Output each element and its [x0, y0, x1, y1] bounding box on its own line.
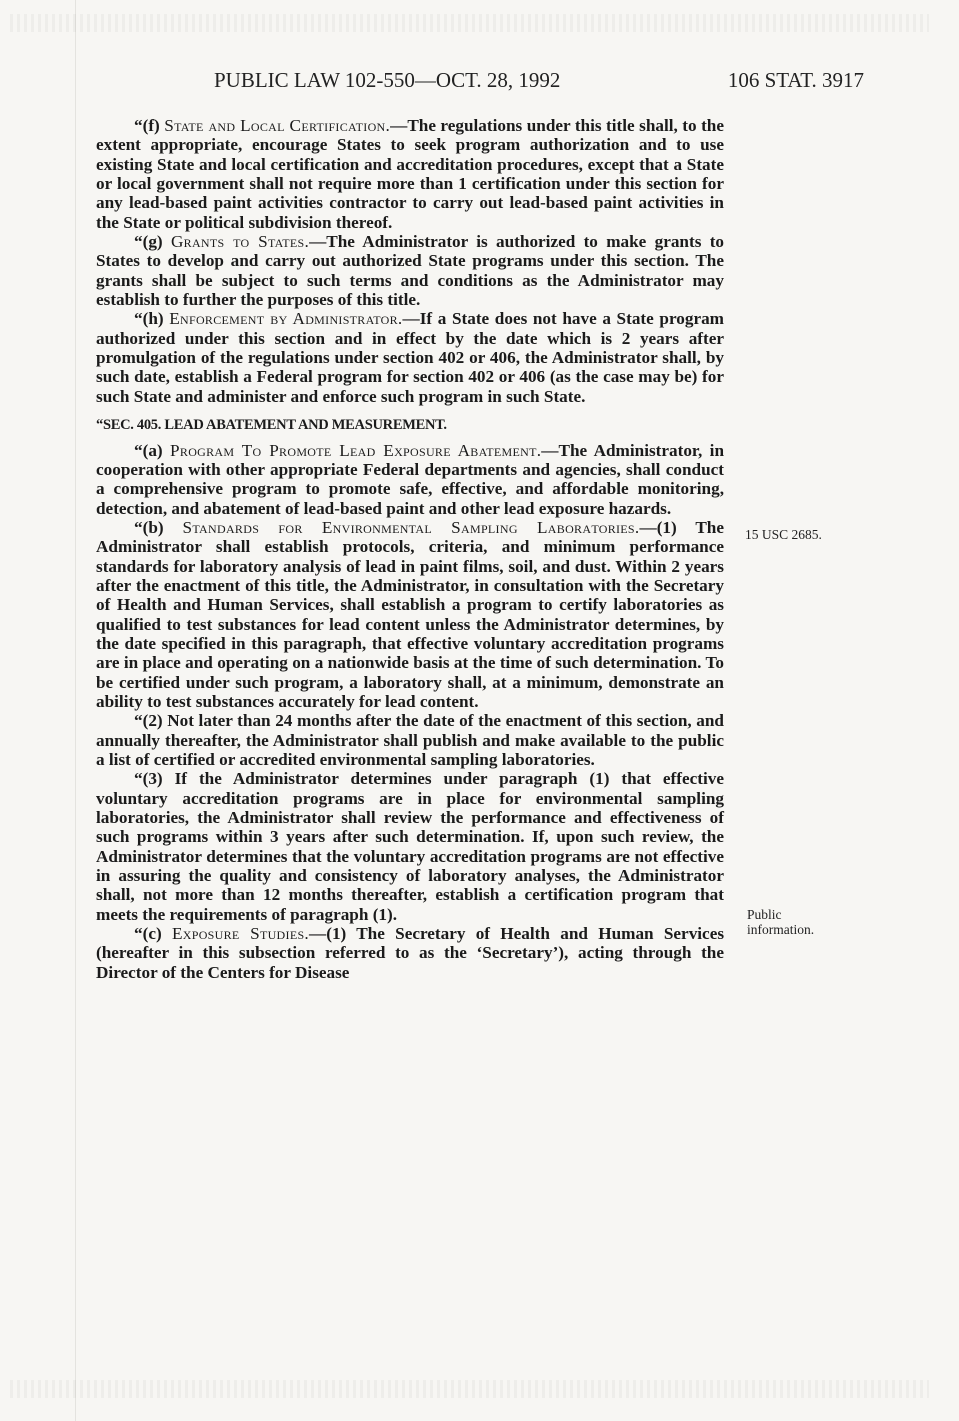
bleed-through-bottom: [10, 1380, 929, 1398]
stat-reference: 106 STAT. 3917: [728, 68, 864, 93]
heading-standards-labs: Standards for Environmental Sampling Lab…: [183, 518, 640, 537]
paragraph-g: “(g) Grants to States.—The Administrator…: [96, 232, 724, 309]
statute-body: “(f) State and Local Certification.—The …: [96, 116, 724, 982]
heading-enforcement: Enforcement by Administrator.: [169, 309, 402, 328]
margin-note-usc: 15 USC 2685.: [745, 527, 822, 542]
paragraph-a: “(a) Program To Promote Lead Exposure Ab…: [96, 441, 724, 518]
margin-note-public-information: Public information.: [747, 907, 837, 937]
paragraph-b: “(b) Standards for Environmental Samplin…: [96, 518, 724, 711]
heading-state-local-certification: State and Local Certification.: [164, 116, 390, 135]
paragraph-c: “(c) Exposure Studies.—(1) The Secretary…: [96, 924, 724, 982]
bleed-through-top: [10, 14, 929, 32]
page-gutter-line: [75, 0, 76, 1421]
paragraph-b2: “(2) Not later than 24 months after the …: [96, 711, 724, 769]
paragraph-h: “(h) Enforcement by Administrator.—If a …: [96, 309, 724, 406]
paragraph-f: “(f) State and Local Certification.—The …: [96, 116, 724, 232]
law-title: PUBLIC LAW 102-550—OCT. 28, 1992: [214, 68, 560, 93]
running-header: PUBLIC LAW 102-550—OCT. 28, 1992 106 STA…: [214, 68, 864, 98]
paragraph-b3: “(3) If the Administrator determines und…: [96, 769, 724, 924]
heading-grants-to-states: Grants to States.: [171, 232, 309, 251]
section-405-heading: “SEC. 405. LEAD ABATEMENT AND MEASUREMEN…: [96, 416, 724, 435]
heading-exposure-studies: Exposure Studies.: [172, 924, 309, 943]
heading-program-abatement: Program To Promote Lead Exposure Abateme…: [170, 441, 541, 460]
